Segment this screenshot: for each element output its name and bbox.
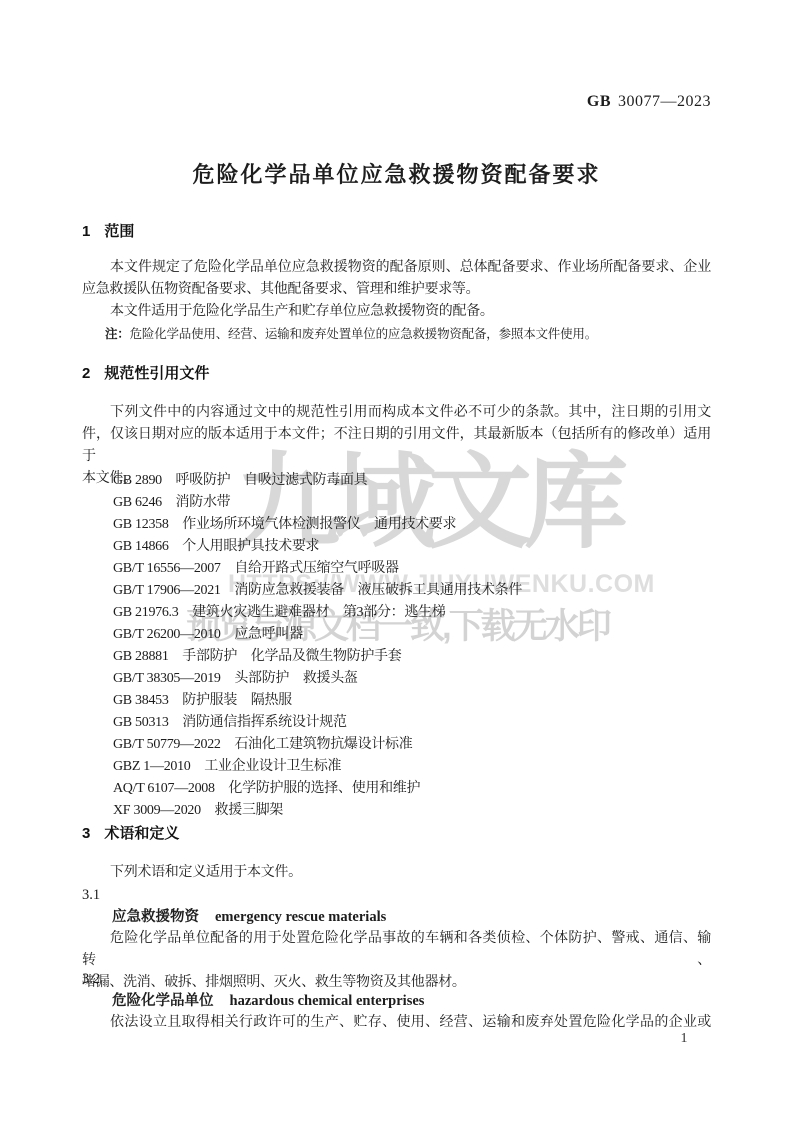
reference-item: GB 6246 消防水带	[82, 492, 711, 514]
reference-item: GBZ 1—2010 工业企业设计卫生标准	[82, 756, 711, 778]
scope-paragraph-2: 本文件适用于危险化学品生产和贮存单位应急救援物资的配备。	[82, 301, 711, 323]
term-id-3-2: 3.2	[82, 968, 711, 990]
page-number: 1	[672, 1031, 696, 1047]
section-number: 1	[82, 222, 90, 242]
section-heading-normative-references: 2规范性引用文件	[82, 364, 711, 384]
term-id-3-1: 3.1	[82, 884, 711, 906]
term-en: emergency rescue materials	[215, 909, 386, 925]
text-line: 下列术语和定义适用于本文件。	[82, 862, 711, 884]
standard-code: GB30077—2023	[82, 92, 711, 112]
section-number: 2	[82, 364, 90, 384]
scope-paragraph-1: 本文件规定了危险化学品单位应急救援物资的配备原则、总体配备要求、作业场所配备要求…	[82, 257, 711, 301]
section-heading-terms: 3术语和定义	[82, 824, 711, 844]
section-title: 规范性引用文件	[104, 365, 209, 382]
section-number: 3	[82, 824, 90, 844]
text-line: 应急救援队伍物资配备要求、其他配备要求、管理和维护要求等。	[82, 279, 711, 301]
document-title: 危险化学品单位应急救援物资配备要求	[82, 158, 711, 192]
scope-note: 注：危险化学品使用、经营、运输和废弃处置单位的应急救援物资配备，参照本文件使用。	[82, 324, 734, 344]
reference-item: GB/T 38305—2019 头部防护 救援头盔	[82, 668, 711, 690]
term-definition-3-2: 依法设立且取得相关行政许可的生产、贮存、使用、经营、运输和废弃处置危险化学品的企…	[82, 1012, 711, 1034]
text-line: 下列文件中的内容通过文中的规范性引用而构成本文件必不可少的条款。其中，注日期的引…	[82, 402, 711, 424]
standard-code-number: 30077—2023	[618, 93, 711, 110]
standard-code-prefix: GB	[587, 93, 611, 110]
references-list: GB 2890 呼吸防护 自吸过滤式防毒面具 GB 6246 消防水带 GB 1…	[82, 470, 711, 822]
reference-item: XF 3009—2020 救援三脚架	[82, 800, 711, 822]
text-line: 件，仅该日期对应的版本适用于本文件；不注日期的引用文件，其最新版本（包括所有的修…	[82, 424, 711, 468]
reference-item: GB/T 50779—2022 石油化工建筑物抗爆设计标准	[82, 734, 711, 756]
term-entry-3-1: 应急救援物资emergency rescue materials	[82, 906, 741, 928]
text-line: 依法设立且取得相关行政许可的生产、贮存、使用、经营、运输和废弃处置危险化学品的企…	[82, 1012, 711, 1034]
term-zh: 危险化学品单位	[112, 993, 214, 1009]
reference-item: GB 14866 个人用眼护具技术要求	[82, 536, 711, 558]
section-title: 范围	[104, 223, 134, 240]
section-heading-scope: 1范围	[82, 222, 711, 242]
terms-intro: 下列术语和定义适用于本文件。	[82, 862, 711, 884]
term-zh: 应急救援物资	[112, 909, 199, 925]
reference-item: AQ/T 6107—2008 化学防护服的选择、使用和维护	[82, 778, 711, 800]
term-entry-3-2: 危险化学品单位hazardous chemical enterprises	[82, 990, 741, 1012]
note-text: 危险化学品使用、经营、运输和废弃处置单位的应急救援物资配备，参照本文件使用。	[130, 327, 597, 341]
document-page: 九域文库 HTTPS://WWW.JIUYUWENKU.COM 预览与源文档一致…	[0, 0, 793, 1122]
reference-item: GB 28881 手部防护 化学品及微生物防护手套	[82, 646, 711, 668]
reference-item: GB 2890 呼吸防护 自吸过滤式防毒面具	[82, 470, 711, 492]
text-line: 本文件适用于危险化学品生产和贮存单位应急救援物资的配备。	[82, 301, 711, 323]
reference-item: GB/T 26200—2010 应急呼叫器	[82, 624, 711, 646]
reference-item: GB 21976.3 建筑火灾逃生避难器材 第3部分：逃生梯	[82, 602, 711, 624]
reference-item: GB 38453 防护服装 隔热服	[82, 690, 711, 712]
text-line: 危险化学品单位配备的用于处置危险化学品事故的车辆和各类侦检、个体防护、警戒、通信…	[82, 928, 711, 972]
text-line: 本文件规定了危险化学品单位应急救援物资的配备原则、总体配备要求、作业场所配备要求…	[82, 257, 711, 279]
reference-item: GB 12358 作业场所环境气体检测报警仪 通用技术要求	[82, 514, 711, 536]
note-label: 注：	[105, 327, 130, 341]
section-title: 术语和定义	[104, 825, 179, 842]
reference-item: GB/T 17906—2021 消防应急救援装备 液压破拆工具通用技术条件	[82, 580, 711, 602]
reference-item: GB 50313 消防通信指挥系统设计规范	[82, 712, 711, 734]
term-en: hazardous chemical enterprises	[230, 993, 425, 1009]
reference-item: GB/T 16556—2007 自给开路式压缩空气呼吸器	[82, 558, 711, 580]
